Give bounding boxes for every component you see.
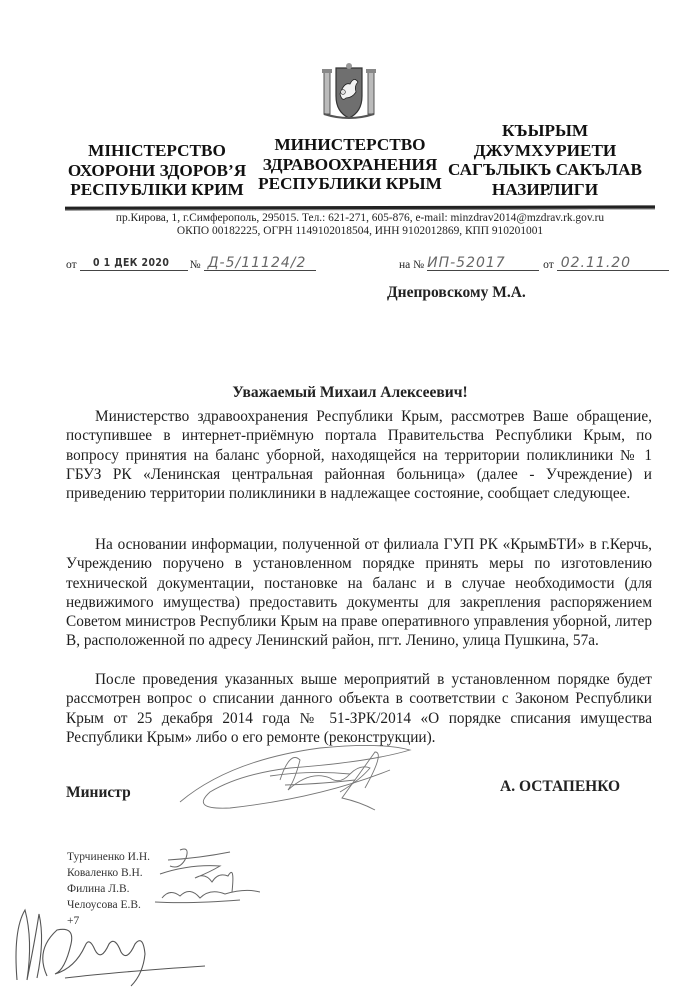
- approver-name: Турчиненко И.Н.: [67, 849, 150, 865]
- org-name-ukrainian: МІНІСТЕРСТВО ОХОРОНИ ЗДОРОВ’Я РЕСПУБЛІКИ…: [62, 141, 252, 200]
- date-field: 0 1 ДЕК 2020: [80, 255, 188, 271]
- approver-name: Филина Л.В.: [67, 881, 150, 897]
- approver-name: Коваленко В.Н.: [67, 865, 150, 881]
- paragraph-text: Министерство здравоохранения Республики …: [66, 407, 652, 503]
- letterhead-divider: [65, 205, 655, 210]
- outgoing-reference: от 0 1 ДЕК 2020 № Д-5/11124/2: [66, 255, 316, 271]
- date-label: от: [66, 259, 77, 271]
- date-stamp: 0 1 ДЕК 2020: [93, 256, 169, 269]
- number-label: №: [190, 259, 201, 271]
- org-line: ЗДРАВООХРАНЕНИЯ: [255, 155, 445, 175]
- body-paragraph-1: Министерство здравоохранения Республики …: [66, 407, 652, 503]
- paragraph-text: После проведения указанных выше мероприя…: [66, 670, 652, 747]
- org-line: ДЖУМХУРИЕТИ: [445, 141, 645, 161]
- contact-registration: ОКПО 00182225, ОГРН 1149102018504, ИНН 9…: [60, 225, 660, 238]
- org-line: РЕСПУБЛИКИ КРЫМ: [255, 174, 445, 194]
- signatory-name: А. ОСТАПЕНКО: [500, 778, 620, 796]
- number-handwritten: Д-5/11124/2: [208, 255, 307, 271]
- greeting: Уважаемый Михаил Алексеевич!: [0, 384, 700, 402]
- body-paragraph-3: После проведения указанных выше мероприя…: [66, 670, 652, 747]
- in-reply-date-handwritten: 02.11.20: [561, 255, 631, 271]
- executor-signature-icon: [5, 900, 205, 990]
- org-line: РЕСПУБЛІКИ КРИМ: [62, 180, 252, 200]
- in-reply-label: на №: [399, 259, 424, 271]
- in-reply-date-field: 02.11.20: [557, 255, 669, 271]
- addressee: Днепровскому М.А.: [387, 284, 526, 302]
- org-line: САГЪЛЫКЪ САКЪЛАВ: [445, 160, 645, 180]
- contact-address: пр.Кирова, 1, г.Симферополь, 295015. Тел…: [60, 212, 660, 225]
- org-name-crimean-tatar: КЪЫРЫМ ДЖУМХУРИЕТИ САГЪЛЫКЪ САКЪЛАВ НАЗИ…: [445, 121, 645, 199]
- in-reply-number-handwritten: ИП-52017: [427, 255, 506, 271]
- signatory-title: Министр: [66, 784, 131, 802]
- org-name-russian: МИНИСТЕРСТВО ЗДРАВООХРАНЕНИЯ РЕСПУБЛИКИ …: [255, 135, 445, 194]
- number-field: Д-5/11124/2: [204, 255, 316, 271]
- org-line: МИНИСТЕРСТВО: [255, 135, 445, 155]
- org-line: КЪЫРЫМ: [445, 121, 645, 141]
- org-line: МІНІСТЕРСТВО: [62, 141, 252, 161]
- org-line: НАЗИРЛИГИ: [445, 180, 645, 200]
- body-paragraph-2: На основании информации, полученной от ф…: [66, 535, 652, 651]
- paragraph-text: На основании информации, полученной от ф…: [66, 535, 652, 651]
- in-reply-number-field: ИП-52017: [427, 255, 539, 271]
- org-line: ОХОРОНИ ЗДОРОВ’Я: [62, 161, 252, 181]
- in-reply-date-label: от: [543, 259, 554, 271]
- incoming-reference: на № ИП-52017 от 02.11.20: [399, 255, 669, 271]
- contact-info: пр.Кирова, 1, г.Симферополь, 295015. Тел…: [60, 212, 660, 238]
- minister-signature-icon: [170, 740, 420, 825]
- crimea-coat-of-arms-icon: [318, 62, 380, 122]
